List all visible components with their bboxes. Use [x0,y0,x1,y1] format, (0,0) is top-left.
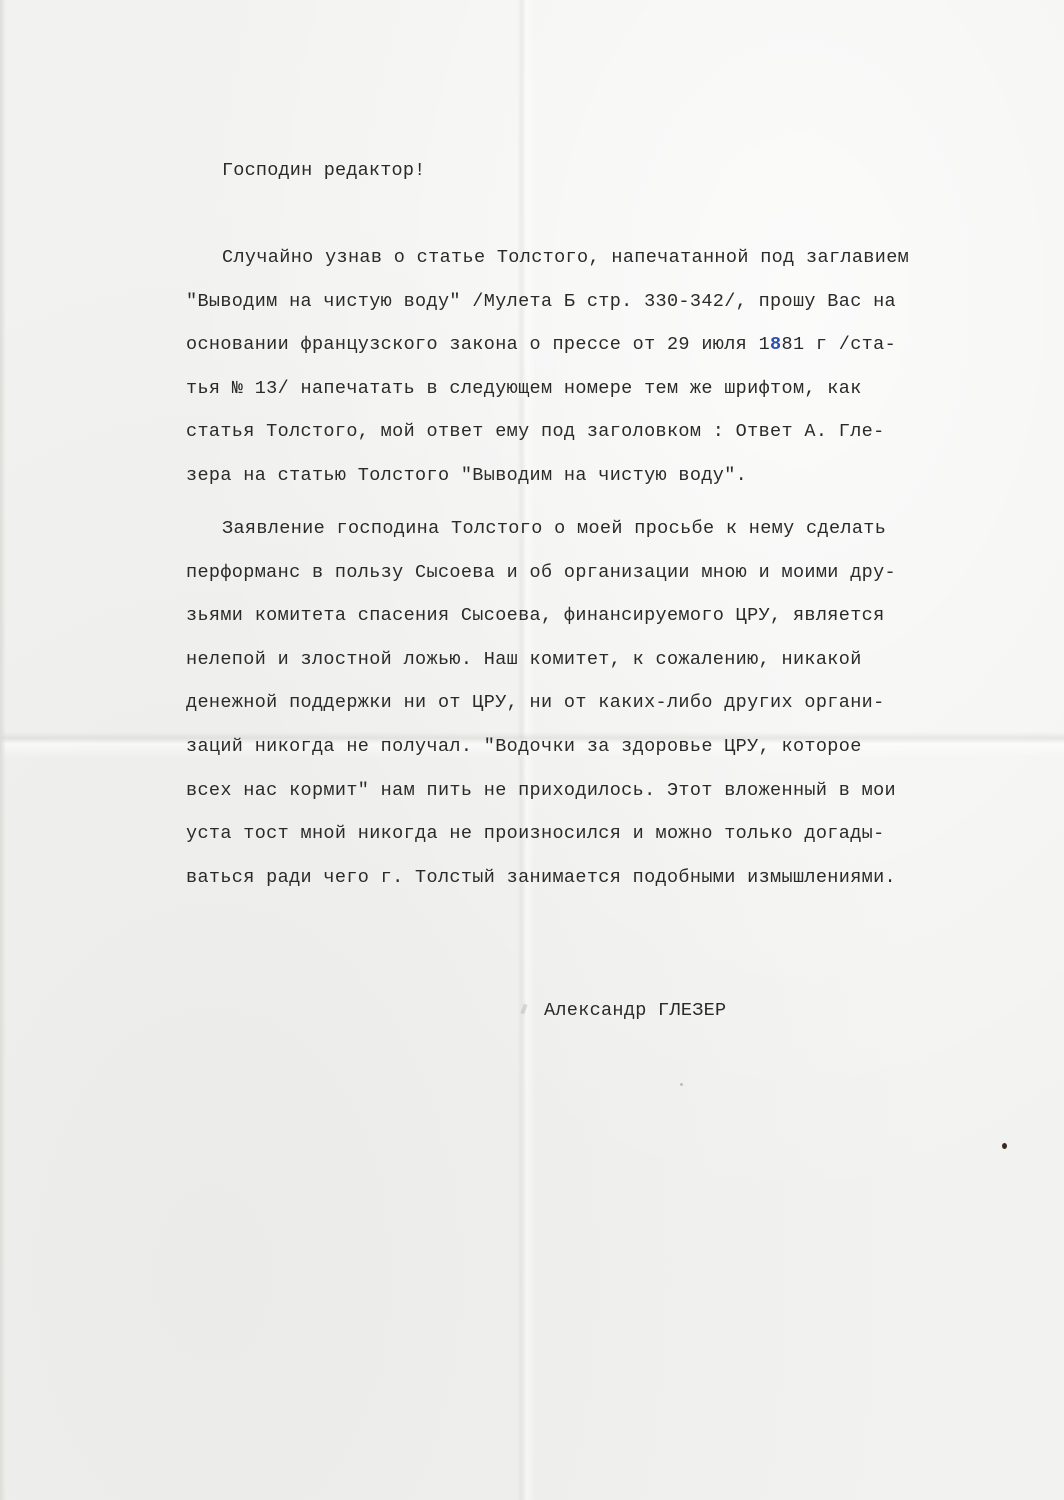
text-line: "Выводим на чистую воду" /Мулета Б стр. … [186,280,1016,324]
ink-spot [1002,1143,1007,1149]
paper-edge [0,0,6,1500]
text-line: зера на статью Толстого "Выводим на чист… [186,454,1016,498]
text-line-end: 81 г /ста- [782,334,897,355]
text-line: всех нас кормит" нам пить не приходилось… [186,769,1016,813]
text-line: Заявление господина Толстого о моей прос… [186,507,1016,551]
letter-greeting: Господин редактор! [222,160,425,181]
text-line: уста тост мной никогда не произносился и… [186,812,1016,856]
text-line: нелепой и злостной ложью. Наш комитет, к… [186,638,1016,682]
text-line: перформанс в пользу Сысоева и об организ… [186,551,1016,595]
text-line-start: основании французского закона о прессе о… [186,334,770,355]
paragraph-1: Случайно узнав о статье Толстого, напеча… [186,236,1016,498]
paragraph-2: Заявление господина Толстого о моей прос… [186,507,1016,899]
handwritten-correction: 8 [770,334,781,355]
text-line: статья Толстого, мой ответ ему под загол… [186,410,1016,454]
text-line: Случайно узнав о статье Толстого, напеча… [186,236,1016,280]
text-line: зьями комитета спасения Сысоева, финанси… [186,594,1016,638]
text-line: денежной поддержки ни от ЦРУ, ни от каки… [186,681,1016,725]
text-line: ваться ради чего г. Толстый занимается п… [186,856,1016,900]
text-line: заций никогда не получал. "Водочки за зд… [186,725,1016,769]
text-line: тья № 13/ напечатать в следующем номере … [186,367,1016,411]
text-line: основании французского закона о прессе о… [186,323,1016,367]
signature: Александр ГЛЕЗЕР [544,1000,726,1021]
paper-speck [680,1083,683,1086]
